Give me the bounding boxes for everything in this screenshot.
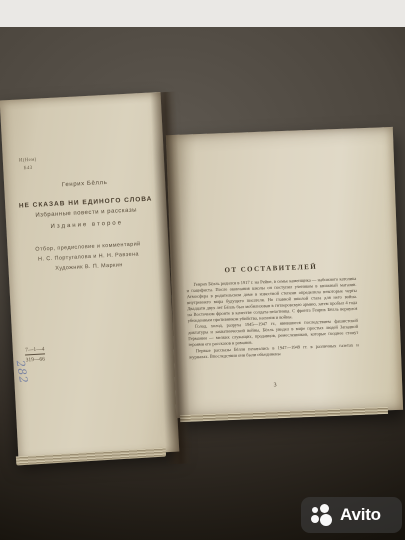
library-call-number: И(Нем) Б43	[19, 157, 38, 173]
avito-watermark-label: Avito	[340, 505, 381, 525]
avito-watermark: Avito	[301, 497, 402, 533]
section-heading: ОТ СОСТАВИТЕЛЕЙ	[185, 261, 357, 275]
avito-four-circles-icon	[311, 504, 333, 526]
listing-photo: И(Нем) Б43 Генрих Бёлль НЕ СКАЗАВ НИ ЕДИ…	[0, 0, 405, 540]
book-right-page: ОТ СОСТАВИТЕЛЕЙ Генрих Бёлль родился в 1…	[166, 127, 403, 418]
body-paragraph: Генрих Бёлль родился в 1917 г. на Рейне,…	[186, 275, 357, 323]
book-left-page: И(Нем) Б43 Генрих Бёлль НЕ СКАЗАВ НИ ЕДИ…	[0, 92, 179, 460]
book-edition: Издание второе	[6, 218, 167, 232]
call-number-line2: Б43	[19, 164, 37, 172]
photo-letterbox-top	[0, 0, 405, 27]
book-author: Генрих Бёлль	[4, 177, 165, 191]
body-text-block: Генрих Бёлль родился в 1917 г. на Рейне,…	[186, 275, 360, 391]
call-number-line1: И(Нем)	[19, 157, 37, 165]
book-credits: Отбор, предисловие и комментарий Н. С. П…	[7, 238, 169, 277]
